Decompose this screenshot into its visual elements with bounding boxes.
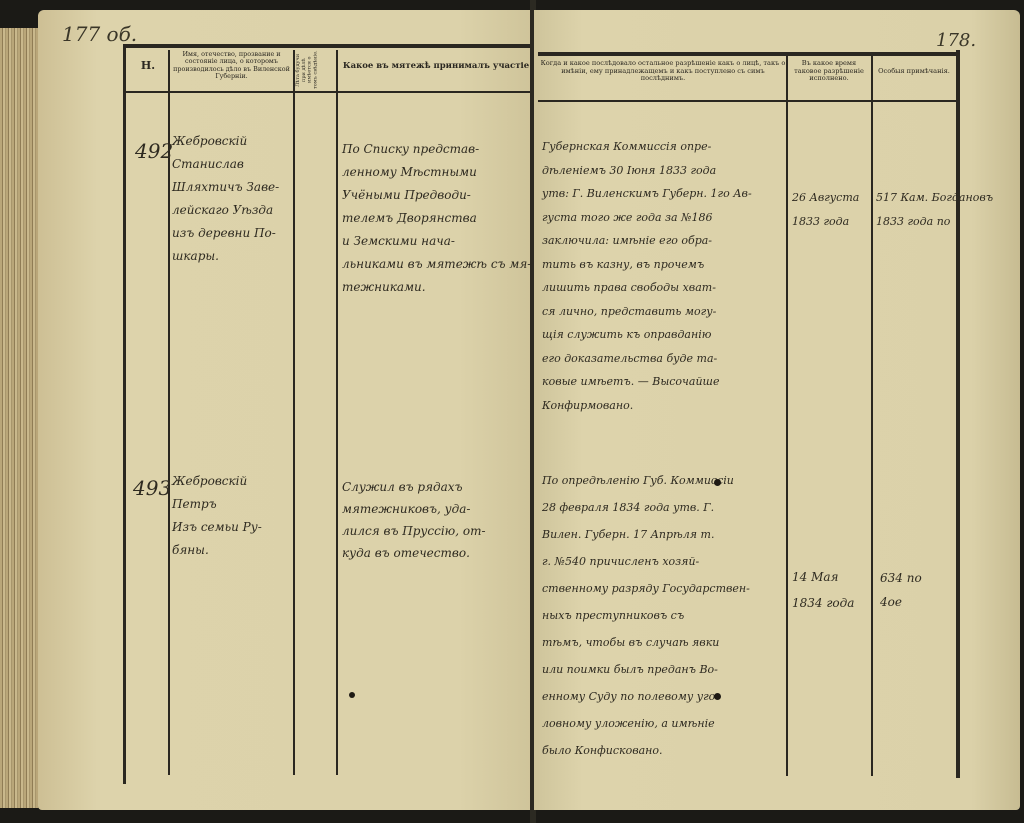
- header-top-rule-right: [538, 52, 958, 56]
- header-bottom-rule-left: [125, 91, 530, 93]
- header-top-rule-left: [125, 44, 530, 48]
- ledger-book: 177 об. Н. Имя, отечество, прозвание и с…: [0, 0, 1024, 823]
- left-outer-border: [123, 44, 126, 784]
- entry-notes: 634 по 4ое: [880, 566, 960, 614]
- entry-executed: 14 Мая 1834 года: [792, 564, 872, 616]
- entry-resolution: По опредѣленію Губ. Коммиссіи 28 февраля…: [542, 467, 792, 764]
- col-divider-executed: [871, 56, 873, 776]
- header-col-age: Лѣта будучи при дѣлѣ имѣется о томъ свѣд…: [296, 50, 336, 90]
- entry-executed: 26 Августа 1833 года: [792, 186, 872, 234]
- col-divider-age: [336, 50, 338, 775]
- entry-number: 492: [135, 140, 173, 163]
- col-divider-name: [293, 50, 295, 775]
- entry-name: Жебровскій Петръ Изъ семьи Ру- бяны.: [172, 470, 292, 562]
- header-col-no: Н.: [128, 60, 168, 73]
- right-page-number: 178.: [936, 30, 976, 51]
- right-outer-border: [956, 50, 960, 778]
- header-col-executed: Въ какое время таковое разрѣшеніе исполн…: [788, 60, 870, 83]
- header-col-notes: Особыя примѣчанія.: [873, 68, 955, 76]
- entry-notes: 517 Кам. Богдановъ 1833 года по: [876, 186, 1016, 234]
- header-bottom-rule-right: [538, 100, 958, 102]
- entry-resolution: Губернская Коммиссія опре- дѣленіемъ 30 …: [542, 135, 792, 417]
- entry-number: 493: [133, 477, 171, 500]
- ink-spot: [349, 692, 355, 698]
- entry-participation: По Списку представ- ленному Мѣстными Учё…: [342, 138, 532, 299]
- left-page-number: 177 об.: [62, 22, 137, 46]
- page-edge-stack: [0, 28, 42, 808]
- header-col-resolution: Когда и какое послѣдовало остальное разр…: [540, 60, 786, 83]
- ink-spot: [714, 479, 721, 486]
- ink-spot: [714, 693, 721, 700]
- entry-participation: Служил въ рядахъ мятежниковъ, уда- лился…: [342, 476, 532, 564]
- header-col-participation: Какое въ мятежѣ принималъ участіе: [340, 62, 532, 72]
- entry-name: Жебровскій Станислав Шляхтичъ Заве- лейс…: [172, 130, 292, 268]
- header-col-name: Имя, отечество, прозвание и состояніе ли…: [171, 51, 292, 80]
